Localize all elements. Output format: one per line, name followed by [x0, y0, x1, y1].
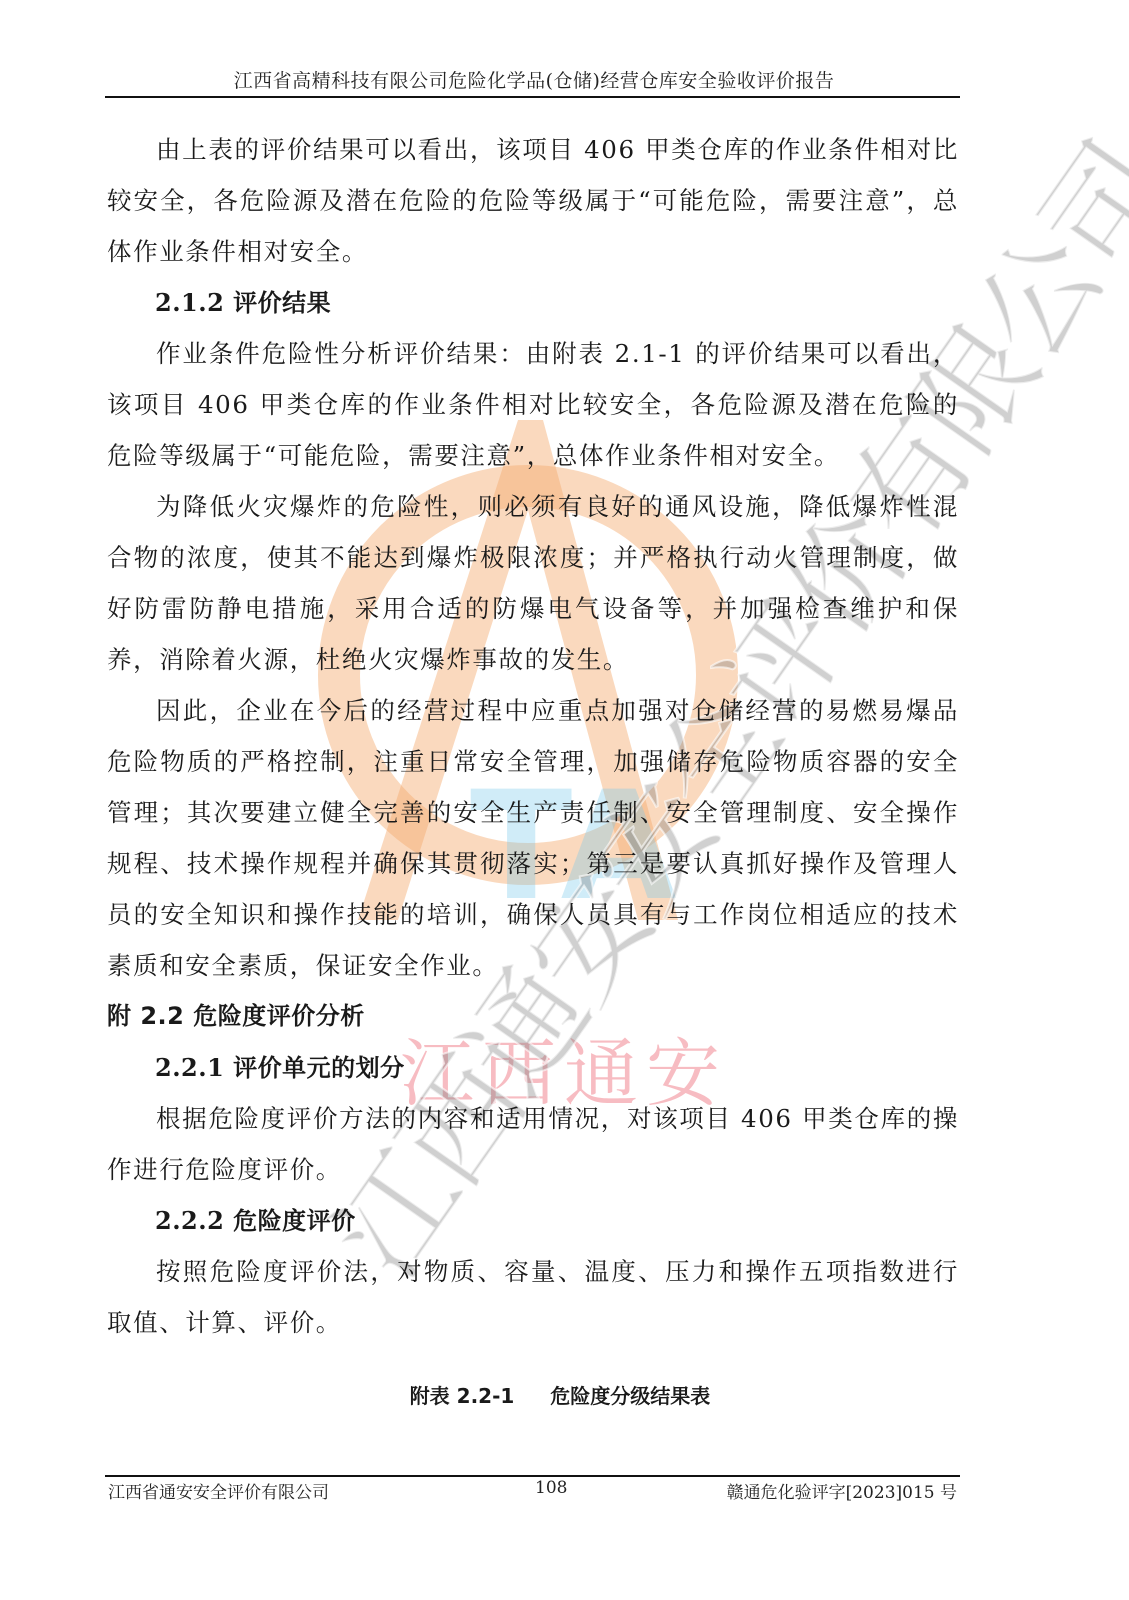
paragraph-1: 由上表的评价结果可以看出，该项目 406 甲类仓库的作业条件相对比较安全，各危险…: [107, 124, 959, 277]
heading-2-2-2: 2.2.2 危险度评价: [107, 1195, 959, 1246]
paragraph-6: 按照危险度评价法，对物质、容量、温度、压力和操作五项指数进行取值、计算、评价。: [107, 1246, 959, 1348]
table-caption-title: 危险度分级结果表: [550, 1384, 710, 1408]
body-section-1: 由上表的评价结果可以看出，该项目 406 甲类仓库的作业条件相对比较安全，各危险…: [107, 124, 959, 1348]
footer-divider: [105, 1475, 960, 1477]
footer-company: 江西省通安安全评价有限公司: [108, 1478, 329, 1503]
running-header-title: 江西省高精科技有限公司危险化学品(仓储)经营仓库安全验收评价报告: [108, 66, 960, 93]
document-page: TA 江西通安 江西通安安全评价有限公司 江西省高精科技有限公司危险化学品(仓储…: [0, 0, 1129, 1600]
footer-doc-number: 赣通危化验评字[2023]015 号: [727, 1478, 957, 1503]
page-number: 108: [535, 1478, 567, 1498]
paragraph-5: 根据危险度评价方法的内容和适用情况，对该项目 406 甲类仓库的操作进行危险度评…: [107, 1093, 959, 1195]
heading-2-2: 附 2.2 危险度评价分析: [107, 991, 959, 1042]
header-divider: [105, 96, 960, 98]
paragraph-2: 作业条件危险性分析评价结果：由附表 2.1-1 的评价结果可以看出，该项目 40…: [107, 328, 959, 481]
heading-2-2-1: 2.2.1 评价单元的划分: [107, 1042, 959, 1093]
table-caption: 附表 2.2-1危险度分级结果表: [380, 1380, 740, 1409]
paragraph-3: 为降低火灾爆炸的危险性，则必须有良好的通风设施，降低爆炸性混合物的浓度，使其不能…: [107, 481, 959, 685]
heading-2-1-2: 2.1.2 评价结果: [107, 277, 959, 328]
table-caption-number: 附表 2.2-1: [410, 1384, 515, 1408]
paragraph-4: 因此，企业在今后的经营过程中应重点加强对仓储经营的易燃易爆品危险物质的严格控制，…: [107, 685, 959, 991]
